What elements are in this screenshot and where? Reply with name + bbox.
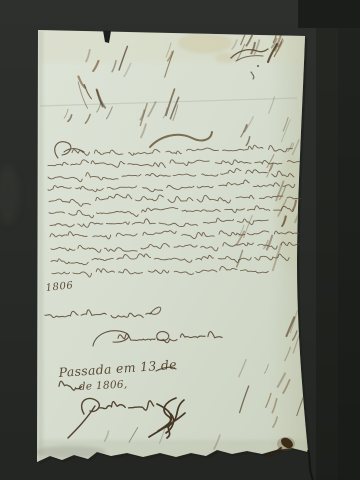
manuscript-photo: 1806 Passada em 13 de de 1806, xyxy=(0,0,360,480)
paper-sheet xyxy=(34,28,313,480)
stain-top-center xyxy=(178,33,232,53)
dateline-line2-text: de 1806, xyxy=(79,378,128,393)
manuscript-photo-canvas: 1806 Passada em 13 de de 1806, xyxy=(0,0,360,480)
